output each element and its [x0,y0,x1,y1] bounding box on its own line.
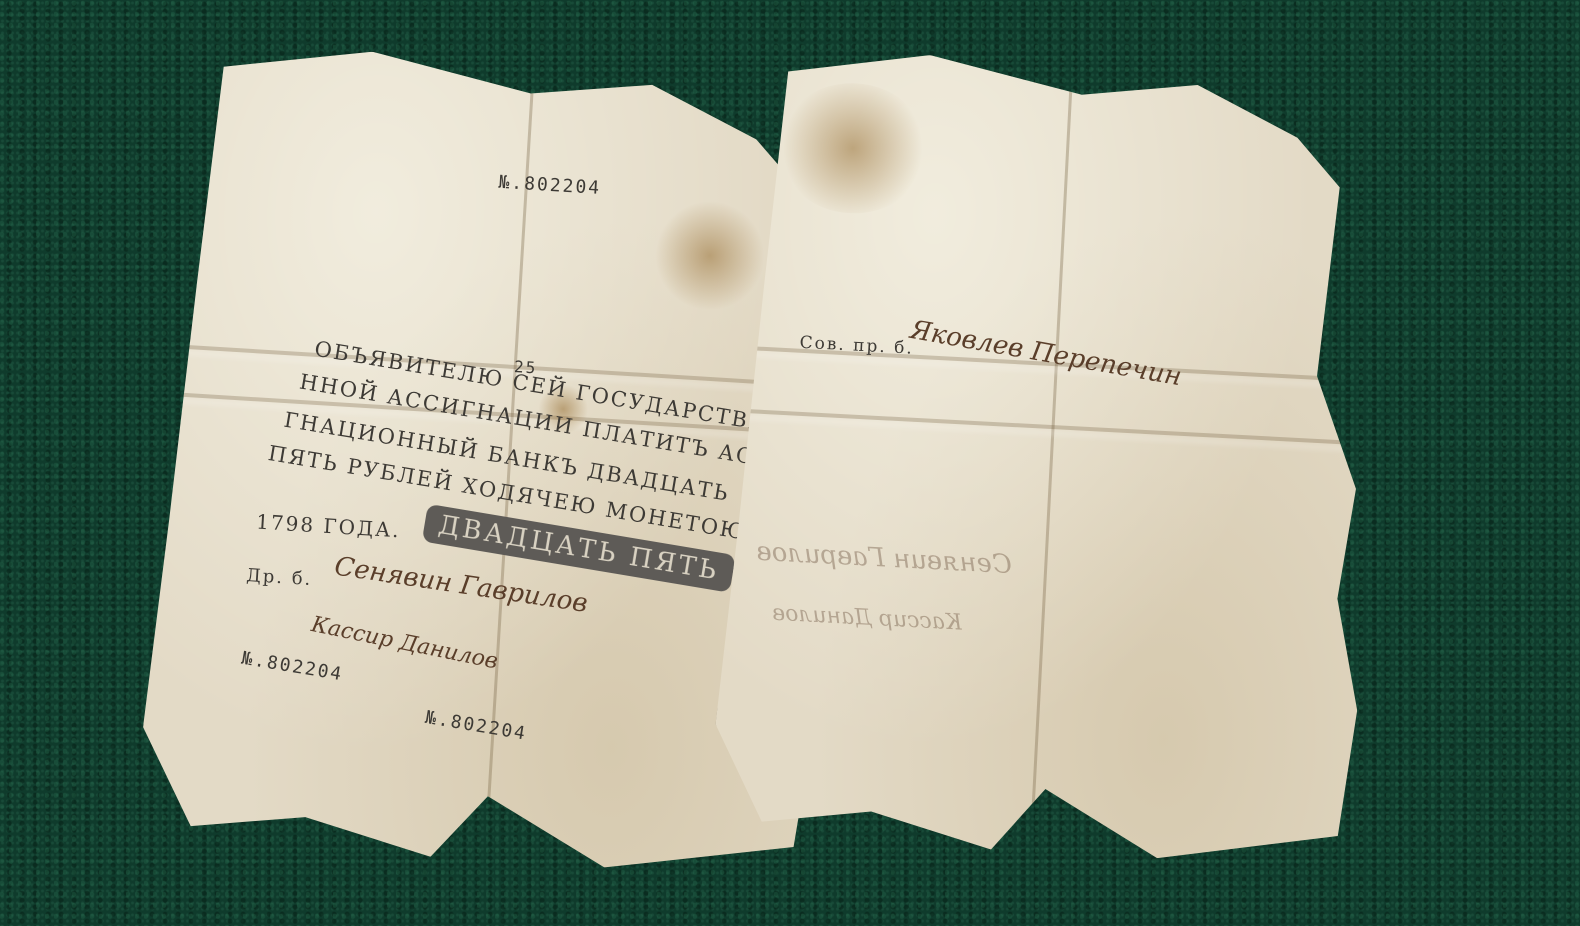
advisor-label: Сов. пр. б. [799,333,914,359]
fold-line [1029,63,1073,852]
year-text: 1798 ГОДА. [256,510,402,543]
stain [775,79,932,217]
serial-top: №.802204 [498,172,602,199]
serial-bottom-right: №.802204 [424,707,529,745]
stain [652,198,769,315]
bleed-through-signature: Сенявин Гаврилов [756,537,1013,580]
director-label: Др. б. [246,565,313,590]
banknote-back: Сов. пр. б. Яковлев Перепечин Сенявин Га… [710,46,1390,868]
serial-bottom-left: №.802204 [240,648,345,686]
bleed-through-signature: Кассир Данилов [772,601,963,636]
signature-advisor: Яковлев Перепечин [908,314,1184,391]
